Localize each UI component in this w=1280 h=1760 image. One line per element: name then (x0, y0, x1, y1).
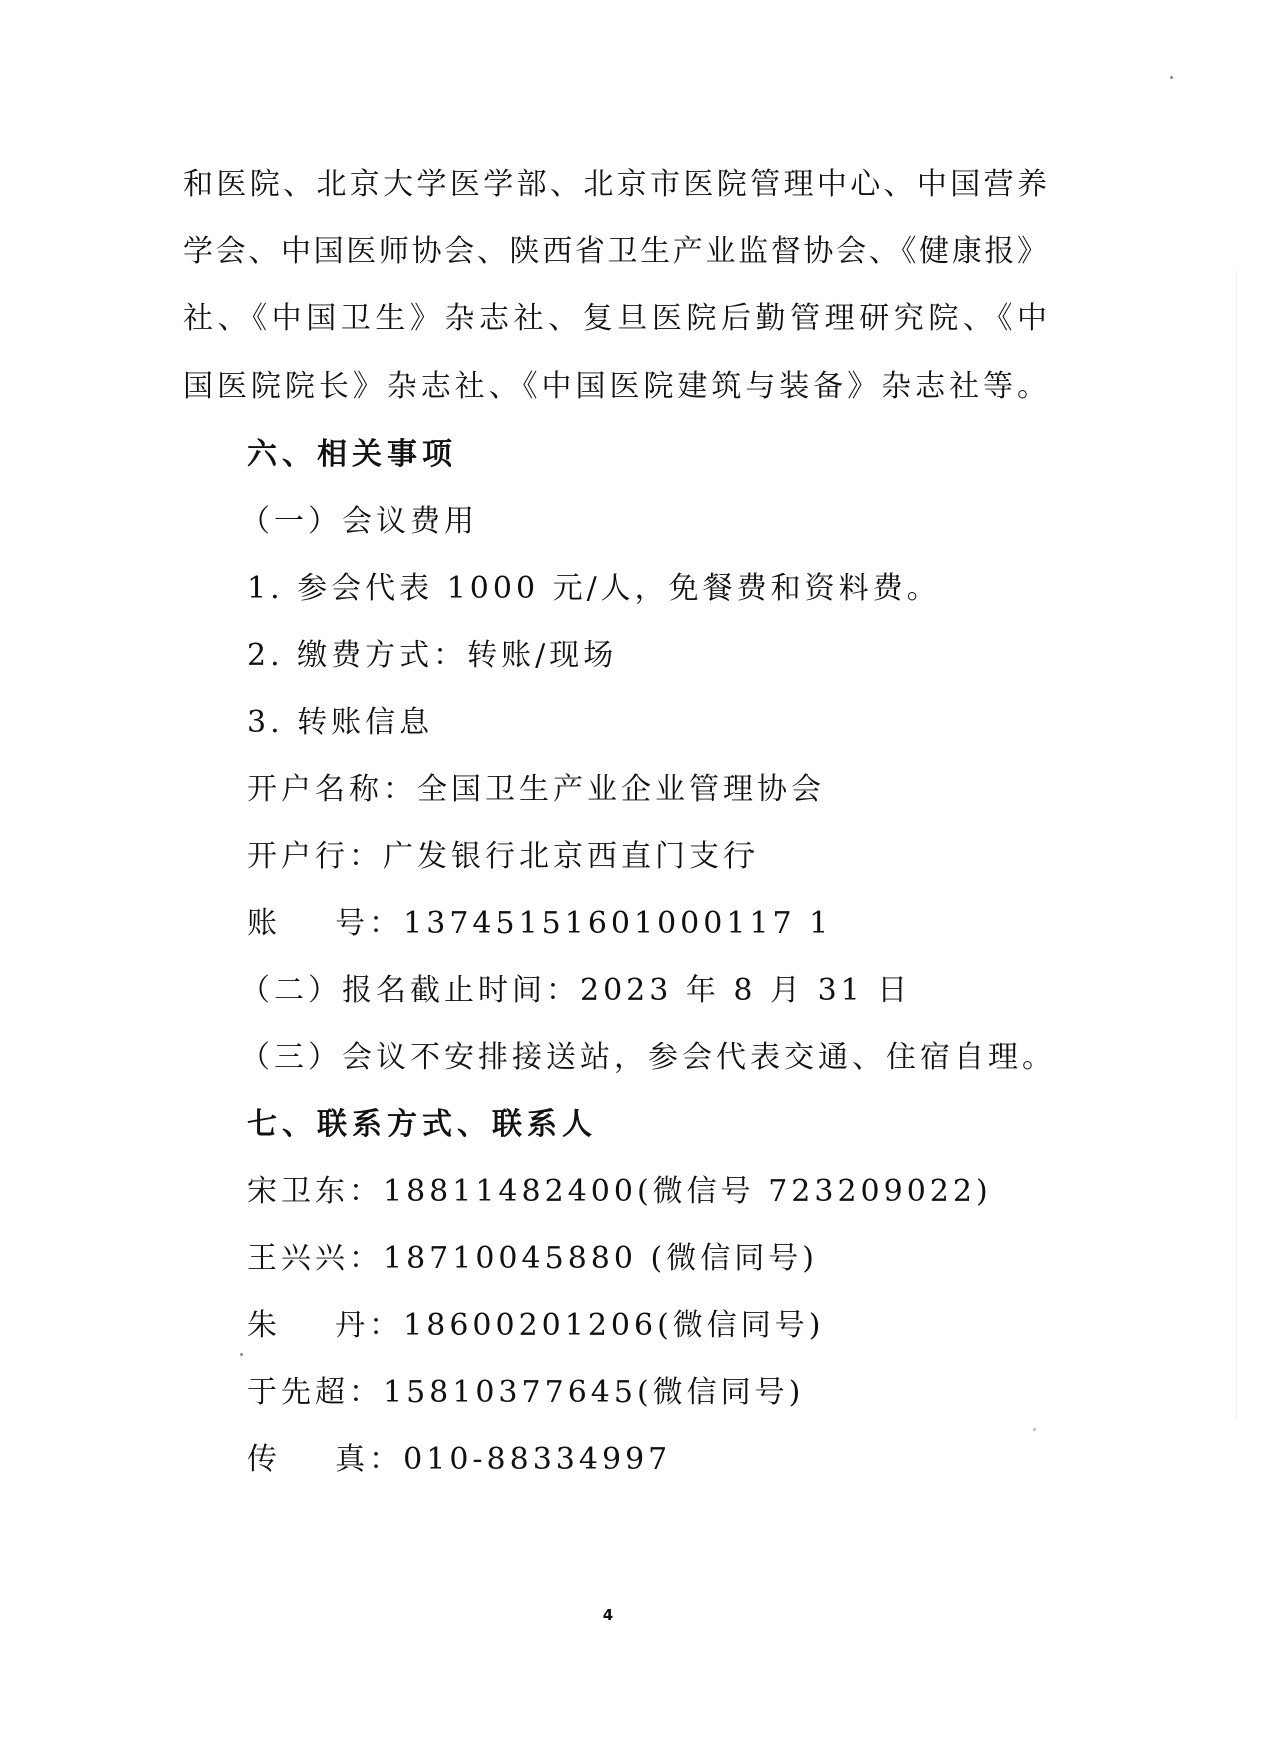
paragraph-line: 和医院、北京大学医学部、北京市医院管理中心、中国营养 (183, 165, 1047, 205)
section-heading-related-matters: 六、相关事项 (247, 435, 457, 475)
account-name: 开户名称：全国卫生产业企业管理协会 (247, 770, 825, 810)
scan-speck (1170, 76, 1173, 79)
fax-line: 传 真：010-88334997 (247, 1440, 671, 1480)
account-number: 账 号：13745151601000117 1 (247, 904, 832, 944)
transport-note: （三）会议不安排接送站，参会代表交通、住宿自理。 (240, 1038, 1056, 1078)
section-heading-contacts: 七、联系方式、联系人 (247, 1105, 597, 1145)
contact-line: 王兴兴：18710045880 (微信同号) (247, 1239, 818, 1279)
fee-item-transfer-info: 3. 转账信息 (247, 703, 433, 743)
paragraph-line: 国医院院长》杂志社、《中国医院建筑与装备》杂志社等。 (183, 367, 1047, 407)
contact-line: 于先超：15810377645(微信同号) (247, 1373, 804, 1413)
paragraph-line: 社、《中国卫生》杂志社、复旦医院后勤管理研究院、《中 (183, 299, 1047, 339)
scan-page-edge (1236, 270, 1237, 1420)
document-page: 和医院、北京大学医学部、北京市医院管理中心、中国营养 学会、中国医师协会、陕西省… (0, 0, 1280, 1760)
subheading-meeting-fees: （一）会议费用 (240, 502, 478, 542)
scan-speck (1033, 1428, 1036, 1431)
paragraph-line: 学会、中国医师协会、陕西省卫生产业监督协会、《健康报》 (183, 232, 1047, 272)
contact-line: 宋卫东：18811482400(微信号 723209022) (247, 1172, 992, 1212)
bank-name: 开户行：广发银行北京西直门支行 (247, 837, 757, 877)
registration-deadline: （二）报名截止时间：2023 年 8 月 31 日 (240, 971, 911, 1011)
fee-item-payment-method: 2. 缴费方式：转账/现场 (247, 636, 617, 676)
contact-line: 朱 丹：18600201206(微信同号) (247, 1306, 825, 1346)
scan-speck (240, 1353, 243, 1356)
page-number: 4 (598, 1606, 618, 1624)
fee-item-delegate-cost: 1. 参会代表 1000 元/人，免餐费和资料费。 (247, 569, 941, 609)
